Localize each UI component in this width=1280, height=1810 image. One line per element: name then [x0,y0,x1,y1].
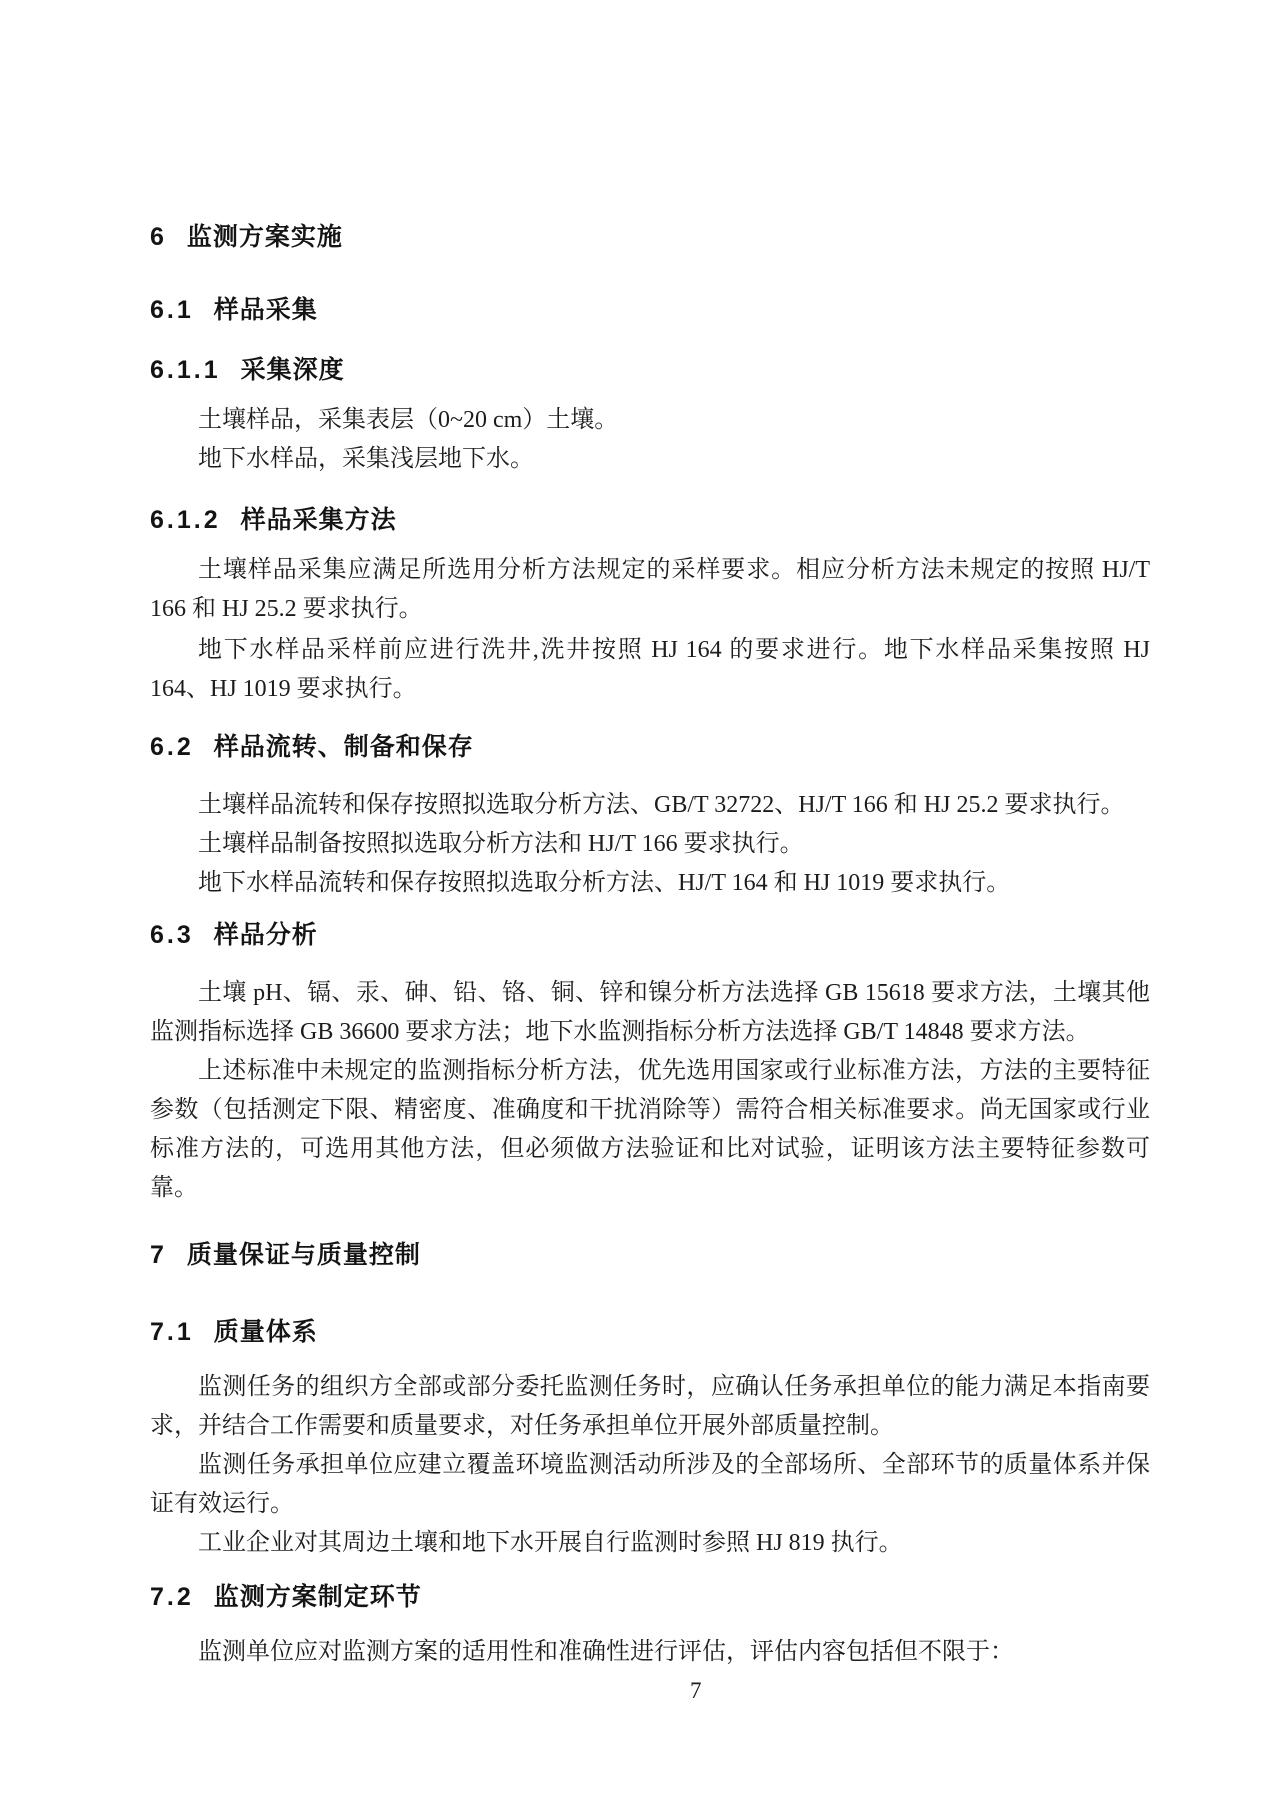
paragraph-soil-preparation: 土壤样品制备按照拟选取分析方法和 HJ/T 166 要求执行。 [150,825,1150,864]
paragraph-soil-sampling-method: 土壤样品采集应满足所选用分析方法规定的采样要求。相应分析方法未规定的按照 HJ/… [150,551,1150,629]
section-number: 7.2 [150,1583,194,1611]
section-number: 6.1.2 [150,506,221,534]
section-title: 采集深度 [241,356,345,384]
section-title: 监测方案实施 [187,223,343,251]
section-title: 样品采集方法 [241,506,397,534]
section-heading-6-1-1: 6.1.1采集深度 [150,351,1150,390]
section-heading-7-1: 7.1质量体系 [150,1313,1150,1352]
section-heading-6-2: 6.2样品流转、制备和保存 [150,728,1150,767]
section-number: 7 [150,1241,167,1269]
document-content: 6监测方案实施 6.1样品采集 6.1.1采集深度 土壤样品，采集表层（0~20… [150,0,1150,1672]
section-title: 质量保证与质量控制 [187,1241,421,1269]
section-number: 6.2 [150,733,194,761]
section-heading-7-2: 7.2监测方案制定环节 [150,1578,1150,1617]
section-title: 监测方案制定环节 [214,1583,422,1611]
section-title: 样品采集 [214,296,318,324]
paragraph-quality-external-control: 监测任务的组织方全部或部分委托监测任务时，应确认任务承担单位的能力满足本指南要求… [150,1368,1150,1446]
paragraph-analysis-method-selection: 土壤 pH、镉、汞、砷、铅、铬、铜、锌和镍分析方法选择 GB 15618 要求方… [150,974,1150,1052]
paragraph-quality-system-coverage: 监测任务承担单位应建立覆盖环境监测活动所涉及的全部场所、全部环节的质量体系并保证… [150,1446,1150,1524]
section-number: 6.1.1 [150,356,221,384]
section-number: 6.1 [150,296,194,324]
section-heading-6: 6监测方案实施 [150,218,1150,257]
section-title: 质量体系 [214,1318,318,1346]
paragraph-groundwater-transfer-storage: 地下水样品流转和保存按照拟选取分析方法、HJ/T 164 和 HJ 1019 要… [150,864,1150,903]
section-title: 样品流转、制备和保存 [214,733,474,761]
paragraph-industrial-self-monitoring: 工业企业对其周边土壤和地下水开展自行监测时参照 HJ 819 执行。 [150,1524,1150,1563]
paragraph-groundwater-sampling-depth: 地下水样品，采集浅层地下水。 [150,440,1150,479]
paragraph-soil-sampling-depth: 土壤样品，采集表层（0~20 cm）土壤。 [150,401,1150,440]
section-heading-6-1: 6.1样品采集 [150,291,1150,330]
section-number: 7.1 [150,1318,194,1346]
page-number: 7 [690,1676,702,1706]
section-heading-7: 7质量保证与质量控制 [150,1236,1150,1275]
document-page: 6监测方案实施 6.1样品采集 6.1.1采集深度 土壤样品，采集表层（0~20… [0,0,1280,1810]
section-number: 6 [150,223,167,251]
section-number: 6.3 [150,921,194,949]
paragraph-groundwater-sampling-method: 地下水样品采样前应进行洗井,洗井按照 HJ 164 的要求进行。地下水样品采集按… [150,631,1150,709]
section-heading-6-1-2: 6.1.2样品采集方法 [150,501,1150,540]
paragraph-plan-evaluation: 监测单位应对监测方案的适用性和准确性进行评估，评估内容包括但不限于： [150,1633,1150,1672]
section-title: 样品分析 [214,921,318,949]
section-heading-6-3: 6.3样品分析 [150,916,1150,955]
paragraph-analysis-method-validation: 上述标准中未规定的监测指标分析方法，优先选用国家或行业标准方法，方法的主要特征参… [150,1052,1150,1208]
paragraph-soil-transfer-storage: 土壤样品流转和保存按照拟选取分析方法、GB/T 32722、HJ/T 166 和… [150,786,1150,825]
